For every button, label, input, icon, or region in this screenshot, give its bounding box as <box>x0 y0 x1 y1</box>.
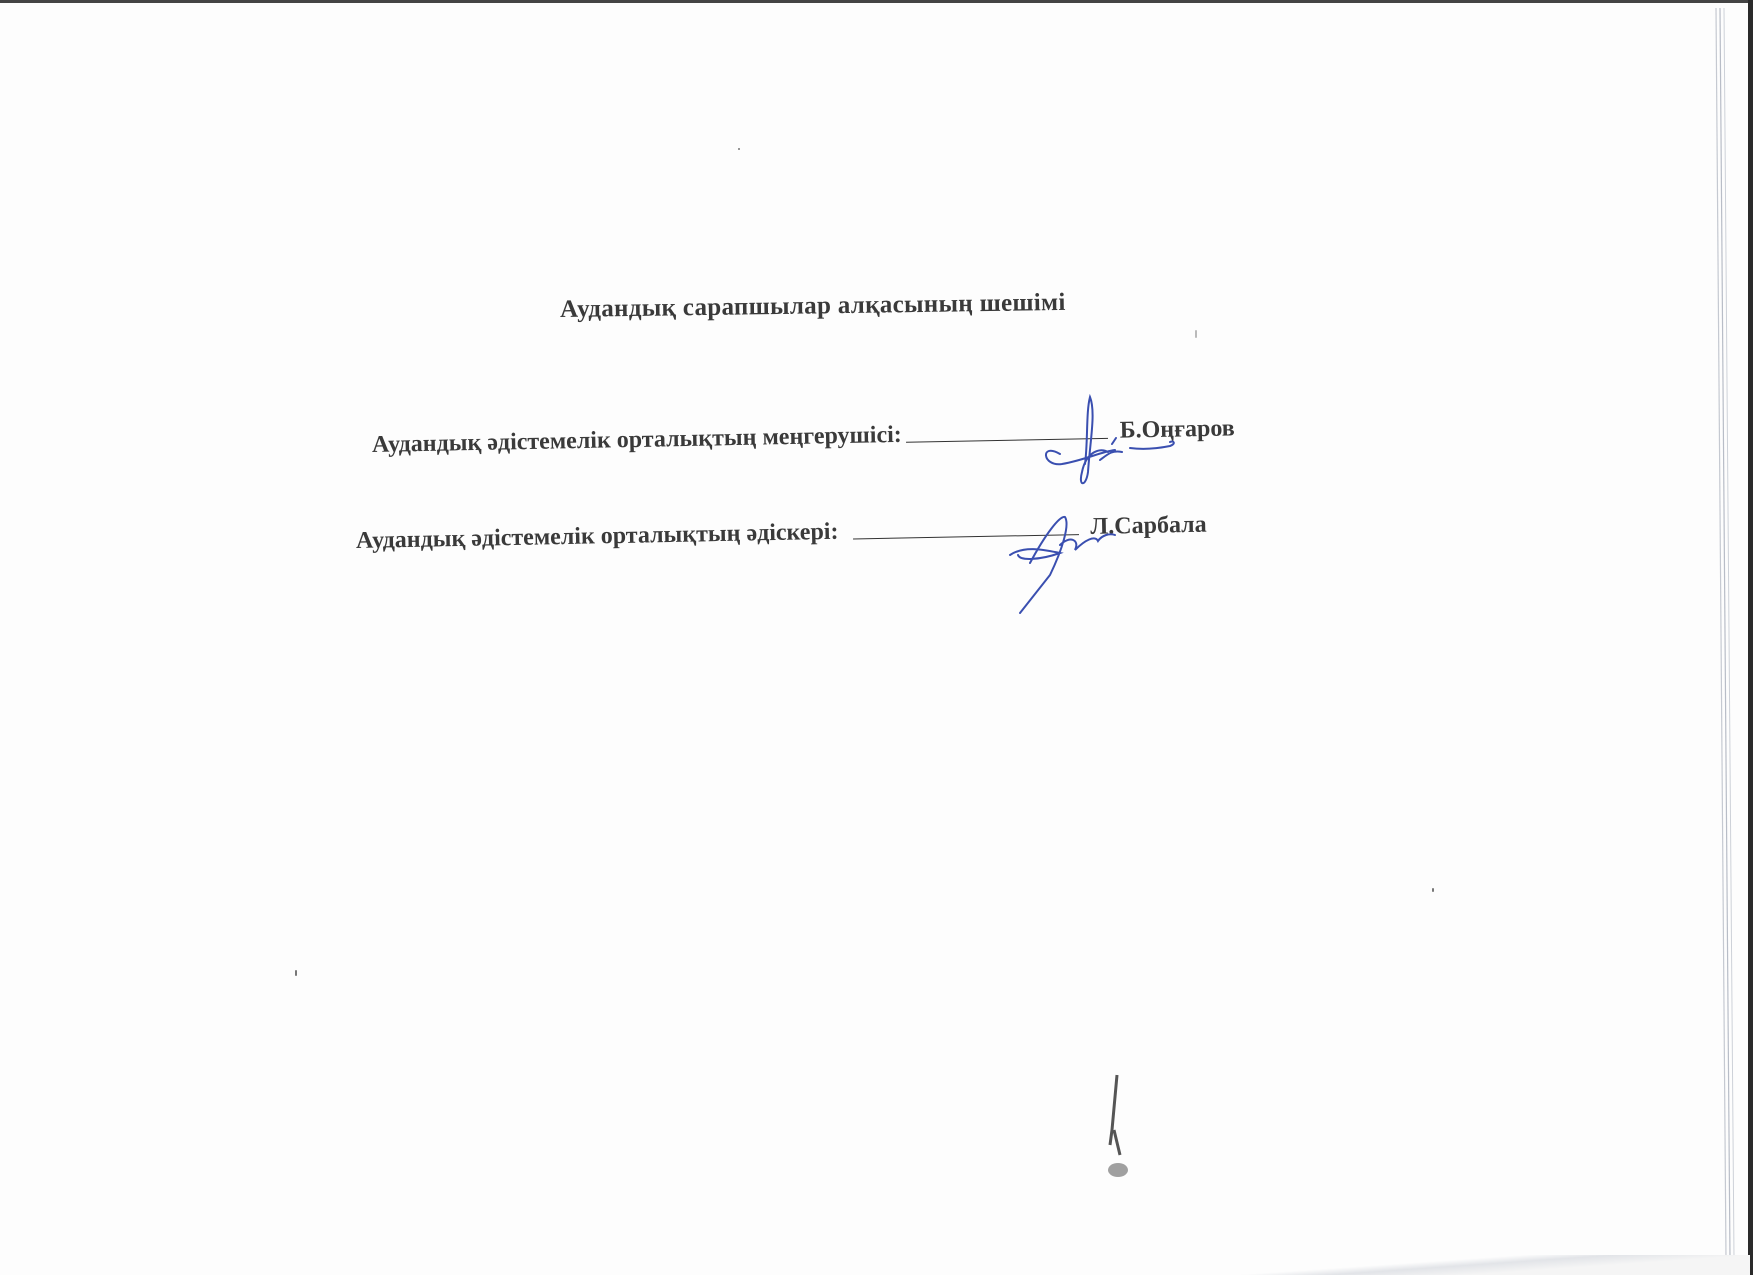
scan-right-border <box>1748 0 1753 1275</box>
signature-onğarov-icon <box>1030 392 1190 492</box>
document-title: Аудандық сарапшылар алқасының шешімі <box>560 288 1160 324</box>
scan-speck <box>738 148 740 150</box>
stacked-page-edges <box>1712 8 1740 1258</box>
signatory-position: Аудандық әдістемелік орталықтың меңгеруш… <box>372 422 902 459</box>
scan-speck <box>1432 888 1434 892</box>
scan-speck <box>295 970 297 976</box>
scan-top-border <box>0 0 1753 3</box>
scan-speck <box>1195 330 1197 338</box>
signatory-position: Аудандық әдістемелік орталықтың әдіскері… <box>356 519 839 555</box>
scan-artifact-mark <box>1100 1070 1140 1180</box>
signature-sarbala-icon <box>990 505 1140 615</box>
page-curl-shadow <box>1100 1255 1750 1275</box>
